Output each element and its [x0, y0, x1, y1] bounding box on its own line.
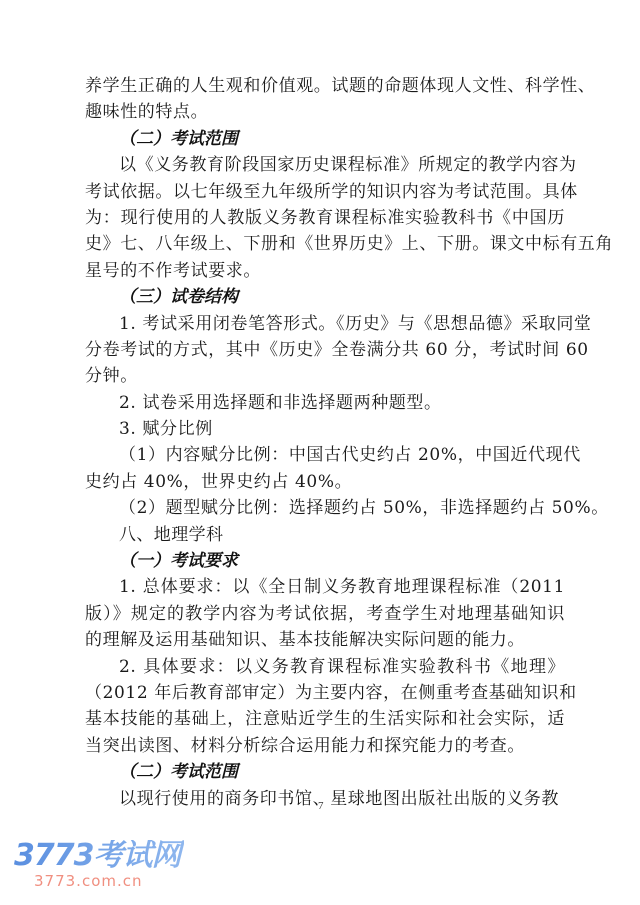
body-line: 以《义务教育阶段国家历史课程标准》所规定的教学内容为 — [85, 152, 565, 178]
list-item-line: （2）题型赋分比例：选择题约占 50%，非选择题约占 50%。 — [85, 495, 565, 521]
body-line: 的理解及运用基础知识、基本技能解决实际问题的能力。 — [85, 627, 565, 653]
body-line: 为：现行使用的人教版义务教育课程标准实验教科书《中国历 — [85, 205, 565, 231]
body-line: 星号的不作考试要求。 — [85, 258, 565, 284]
section-subheading-exam-requirements: （一）考试要求 — [85, 548, 565, 574]
section-subheading-exam-scope-geography: （二）考试范围 — [85, 759, 565, 785]
section-heading-geography: 八、地理学科 — [85, 522, 565, 548]
body-line: 考试依据。以七年级至九年级所学的知识内容为考试范围。具体 — [85, 179, 565, 205]
body-line: 版）》规定的教学内容为考试依据，考查学生对地理基础知识 — [85, 601, 565, 627]
list-item-line: 1. 考试采用闭卷笔答形式。《历史》与《思想品德》采取同堂 — [85, 311, 565, 337]
list-item-line: 1. 总体要求：以《全日制义务教育地理课程标准（2011 — [85, 574, 565, 600]
list-item-line: （1）内容赋分比例：中国古代史约占 20%，中国近代现代 — [85, 442, 565, 468]
body-line: 史约占 40%，世界史约占 40%。 — [85, 469, 565, 495]
body-line: 分卷考试的方式，其中《历史》全卷满分共 60 分，考试时间 60 — [85, 337, 565, 363]
body-line: 史》七、八年级上、下册和《世界历史》上、下册。课文中标有五角 — [85, 231, 565, 257]
list-item-line: 3. 赋分比例 — [85, 416, 565, 442]
list-item-line: 2. 试卷采用选择题和非选择题两种题型。 — [85, 390, 565, 416]
body-line: 养学生正确的人生观和价值观。试题的命题体现人文性、科学性、 — [85, 73, 565, 99]
site-watermark-logo: 3773考试网 3773.com.cn — [14, 840, 184, 890]
body-line: 以现行使用的商务印书馆、星球地图出版社出版的义务教 — [85, 786, 565, 812]
body-line: （2012 年后教育部审定）为主要内容，在侧重考查基础知识和 — [85, 680, 565, 706]
list-item-line: 2. 具体要求：以义务教育课程标准实验教科书《地理》 — [85, 654, 565, 680]
watermark-url: 3773.com.cn — [14, 872, 184, 890]
page-number: 7 — [318, 800, 324, 812]
watermark-title: 3773考试网 — [14, 840, 184, 872]
body-line: 基本技能的基础上，注意贴近学生的生活实际和社会实际，适 — [85, 706, 565, 732]
document-page: 养学生正确的人生观和价值观。试题的命题体现人文性、科学性、 趣味性的特点。 （二… — [85, 73, 565, 812]
section-subheading-exam-scope: （二）考试范围 — [85, 126, 565, 152]
body-line: 趣味性的特点。 — [85, 99, 565, 125]
section-subheading-paper-structure: （三）试卷结构 — [85, 284, 565, 310]
body-line: 分钟。 — [85, 363, 565, 389]
body-line: 当突出读图、材料分析综合运用能力和探究能力的考查。 — [85, 733, 565, 759]
